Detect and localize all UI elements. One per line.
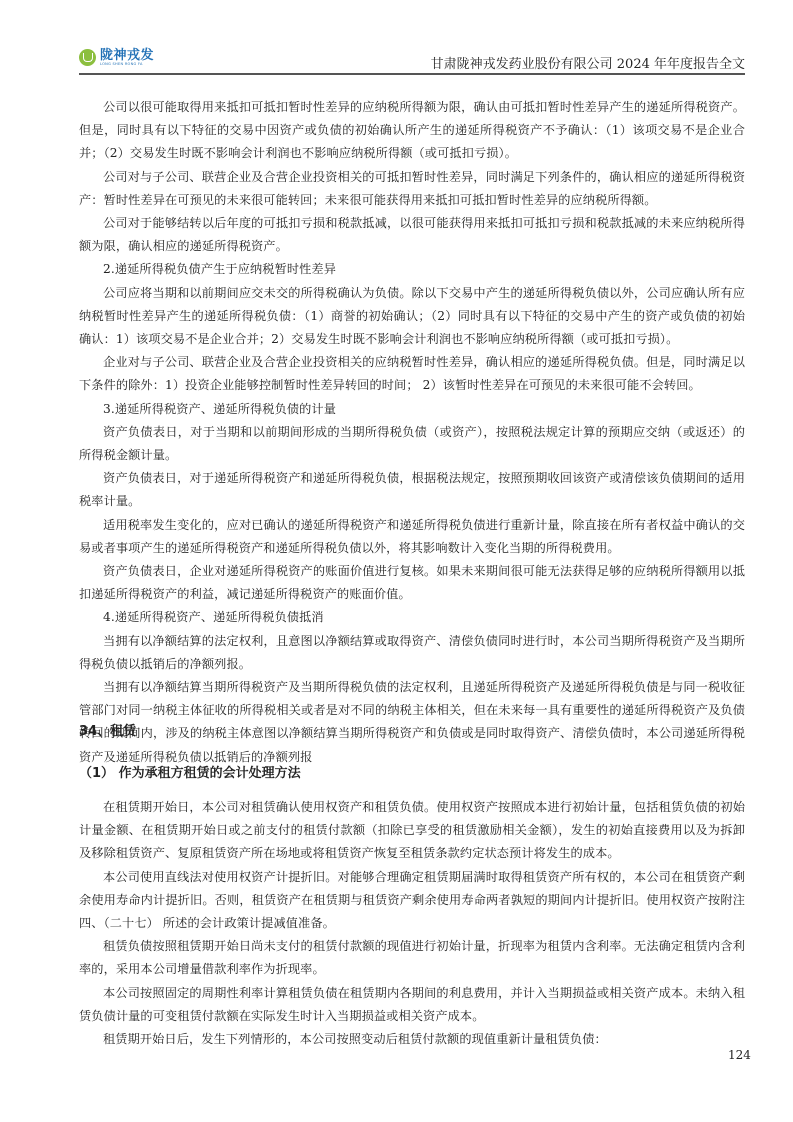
- paragraph: 本公司使用直线法对使用权资产计提折旧。对能够合理确定租赁期届满时取得租赁资产所有…: [79, 866, 745, 936]
- report-title: 甘肃陇神戎发药业股份有限公司 2024 年年度报告全文: [431, 53, 745, 72]
- paragraph: 资产负债表日，对于当期和以前期间形成的当期所得税负债（或资产），按照税法规定计算…: [79, 421, 745, 467]
- company-logo: 陇神戎发 LONG SHEN RONG FA: [79, 49, 154, 67]
- paragraph: 适用税率发生变化的，应对已确认的递延所得税资产和递延所得税负债进行重新计量，除直…: [79, 514, 745, 560]
- subsection-heading: （1） 作为承租方租赁的会计处理方法: [79, 762, 301, 781]
- paragraph: 租赁期开始日后，发生下列情形的，本公司按照变动后租赁付款额的现值重新计量租赁负债…: [79, 1028, 745, 1051]
- paragraph: 公司以很可能取得用来抵扣可抵扣暂时性差异的应纳税所得额为限，确认由可抵扣暂时性差…: [79, 96, 745, 166]
- paragraph: 当拥有以净额结算当期所得税资产及当期所得税负债的法定权利，且递延所得税资产及递延…: [79, 676, 745, 769]
- page-header: 陇神戎发 LONG SHEN RONG FA 甘肃陇神戎发药业股份有限公司 20…: [79, 47, 745, 75]
- logo-chinese-name: 陇神戎发: [100, 49, 154, 62]
- paragraph: 租赁负债按照租赁期开始日尚未支付的租赁付款额的现值进行初始计量，折现率为租赁内含…: [79, 935, 745, 981]
- section-heading: 34、租赁: [79, 720, 136, 739]
- logo-icon: [79, 49, 96, 66]
- paragraph: 当拥有以净额结算的法定权利，且意图以净额结算或取得资产、清偿负债同时进行时，本公…: [79, 630, 745, 676]
- paragraph: 在租赁期开始日，本公司对租赁确认使用权资产和租赁负债。使用权资产按照成本进行初始…: [79, 796, 745, 866]
- paragraph: 资产负债表日，对于递延所得税资产和递延所得税负债，根据税法规定，按照预期收回该资…: [79, 467, 745, 513]
- paragraph: 资产负债表日，企业对递延所得税资产的账面价值进行复核。如果未来期间很可能无法获得…: [79, 560, 745, 606]
- subsection-title: 2.递延所得税负债产生于应纳税暂时性差异: [79, 258, 745, 281]
- paragraph: 公司对于能够结转以后年度的可抵扣亏损和税款抵减，以很可能获得用来抵扣可抵扣亏损和…: [79, 212, 745, 258]
- subsection-title: 3.递延所得税资产、递延所得税负债的计量: [79, 398, 745, 421]
- subsection-title: 4.递延所得税资产、递延所得税负债抵消: [79, 606, 745, 629]
- paragraph: 企业对与子公司、联营企业及合营企业投资相关的应纳税暂时性差异，确认相应的递延所得…: [79, 351, 745, 397]
- page-number: 124: [728, 1048, 751, 1062]
- paragraph: 公司对与子公司、联营企业及合营企业投资相关的可抵扣暂时性差异，同时满足下列条件的…: [79, 166, 745, 212]
- logo-english-name: LONG SHEN RONG FA: [100, 63, 154, 67]
- main-content: 公司以很可能取得用来抵扣可抵扣暂时性差异的应纳税所得额为限，确认由可抵扣暂时性差…: [79, 96, 745, 769]
- paragraph: 本公司按照固定的周期性利率计算租赁负债在租赁期内各期间的利息费用，并计入当期损益…: [79, 982, 745, 1028]
- lease-content: 在租赁期开始日，本公司对租赁确认使用权资产和租赁负债。使用权资产按照成本进行初始…: [79, 796, 745, 1051]
- paragraph: 公司应将当期和以前期间应交未交的所得税确认为负债。除以下交易中产生的递延所得税负…: [79, 282, 745, 352]
